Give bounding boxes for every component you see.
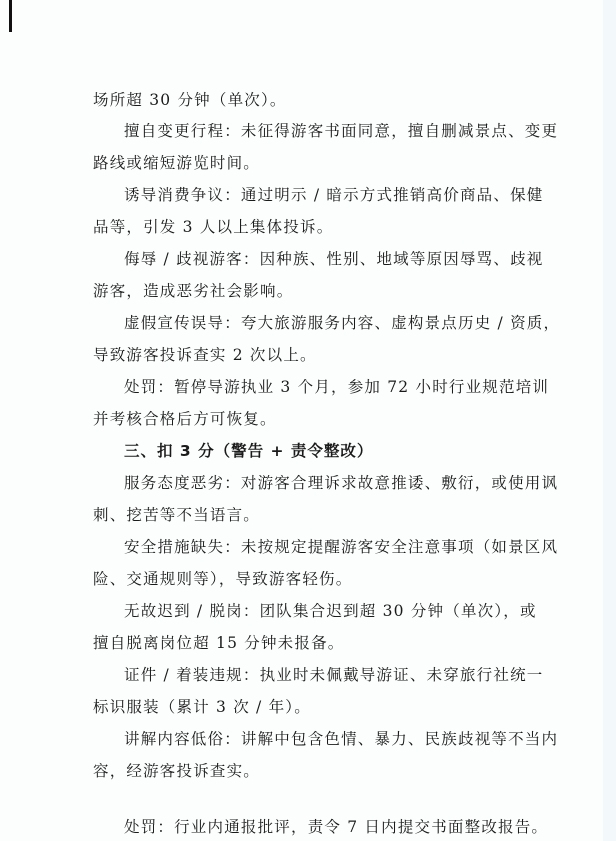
paragraph-penalty-suspension: 处罚：暂停导游执业 3 个月，参加 72 小时行业规范培训 [124,377,549,397]
paragraph-safety-lapse: 安全措施缺失：未按规定提醒游客安全注意事项（如景区风 [124,537,558,557]
paragraph-induced-consumption: 诱导消费争议：通过明示 / 暗示方式推销高价商品、保健 [124,185,543,205]
text-line: 场所超 30 分钟（单次）。 [93,90,287,110]
paragraph-poor-service: 服务态度恶劣：对游客合理诉求故意推诿、敷衍，或使用讽 [124,473,558,493]
paragraph-penalty-criticism: 处罚：行业内通报批评，责令 7 日内提交书面整改报告。 [124,817,548,837]
text-line: 刺、挖苦等不当语言。 [93,505,260,525]
section-heading-deduct-3: 三、扣 3 分（警告 + 责令整改） [124,441,373,461]
paragraph-itinerary-change: 擅自变更行程：未征得游客书面同意，擅自删减景点、变更 [124,121,558,141]
paragraph-false-advertising: 虚假宣传误导：夸大旅游服务内容、虚构景点历史 / 资质， [124,313,560,333]
text-line: 容，经游客投诉查实。 [93,761,260,781]
text-line: 品等，引发 3 人以上集体投诉。 [93,217,333,237]
paragraph-vulgar-content: 讲解内容低俗：讲解中包含色情、暴力、民族歧视等不当内 [124,729,558,749]
paragraph-id-dress-violation: 证件 / 着装违规：执业时未佩戴导游证、未穿旅行社统一 [124,665,543,685]
text-line: 游客，造成恶劣社会影响。 [93,281,293,301]
text-line: 并考核合格后方可恢复。 [93,409,277,429]
paragraph-lateness-absence: 无故迟到 / 脱岗：团队集合迟到超 30 分钟（单次），或 [124,601,537,621]
document-page: 场所超 30 分钟（单次）。 擅自变更行程：未征得游客书面同意，擅自删减景点、变… [0,0,616,841]
scan-right-edge [603,0,616,841]
text-line: 擅自脱离岗位超 15 分钟未报备。 [93,633,344,653]
text-line: 标识服装（累计 3 次 / 年）。 [93,697,311,717]
paragraph-insult-discrimination: 侮辱 / 歧视游客：因种族、性别、地域等原因辱骂、歧视 [124,249,543,269]
scan-edge-mark [9,0,12,32]
text-line: 导致游客投诉查实 2 次以上。 [93,345,317,365]
text-line: 险、交通规则等），导致游客轻伤。 [93,569,352,589]
text-line: 路线或缩短游览时间。 [93,153,260,173]
